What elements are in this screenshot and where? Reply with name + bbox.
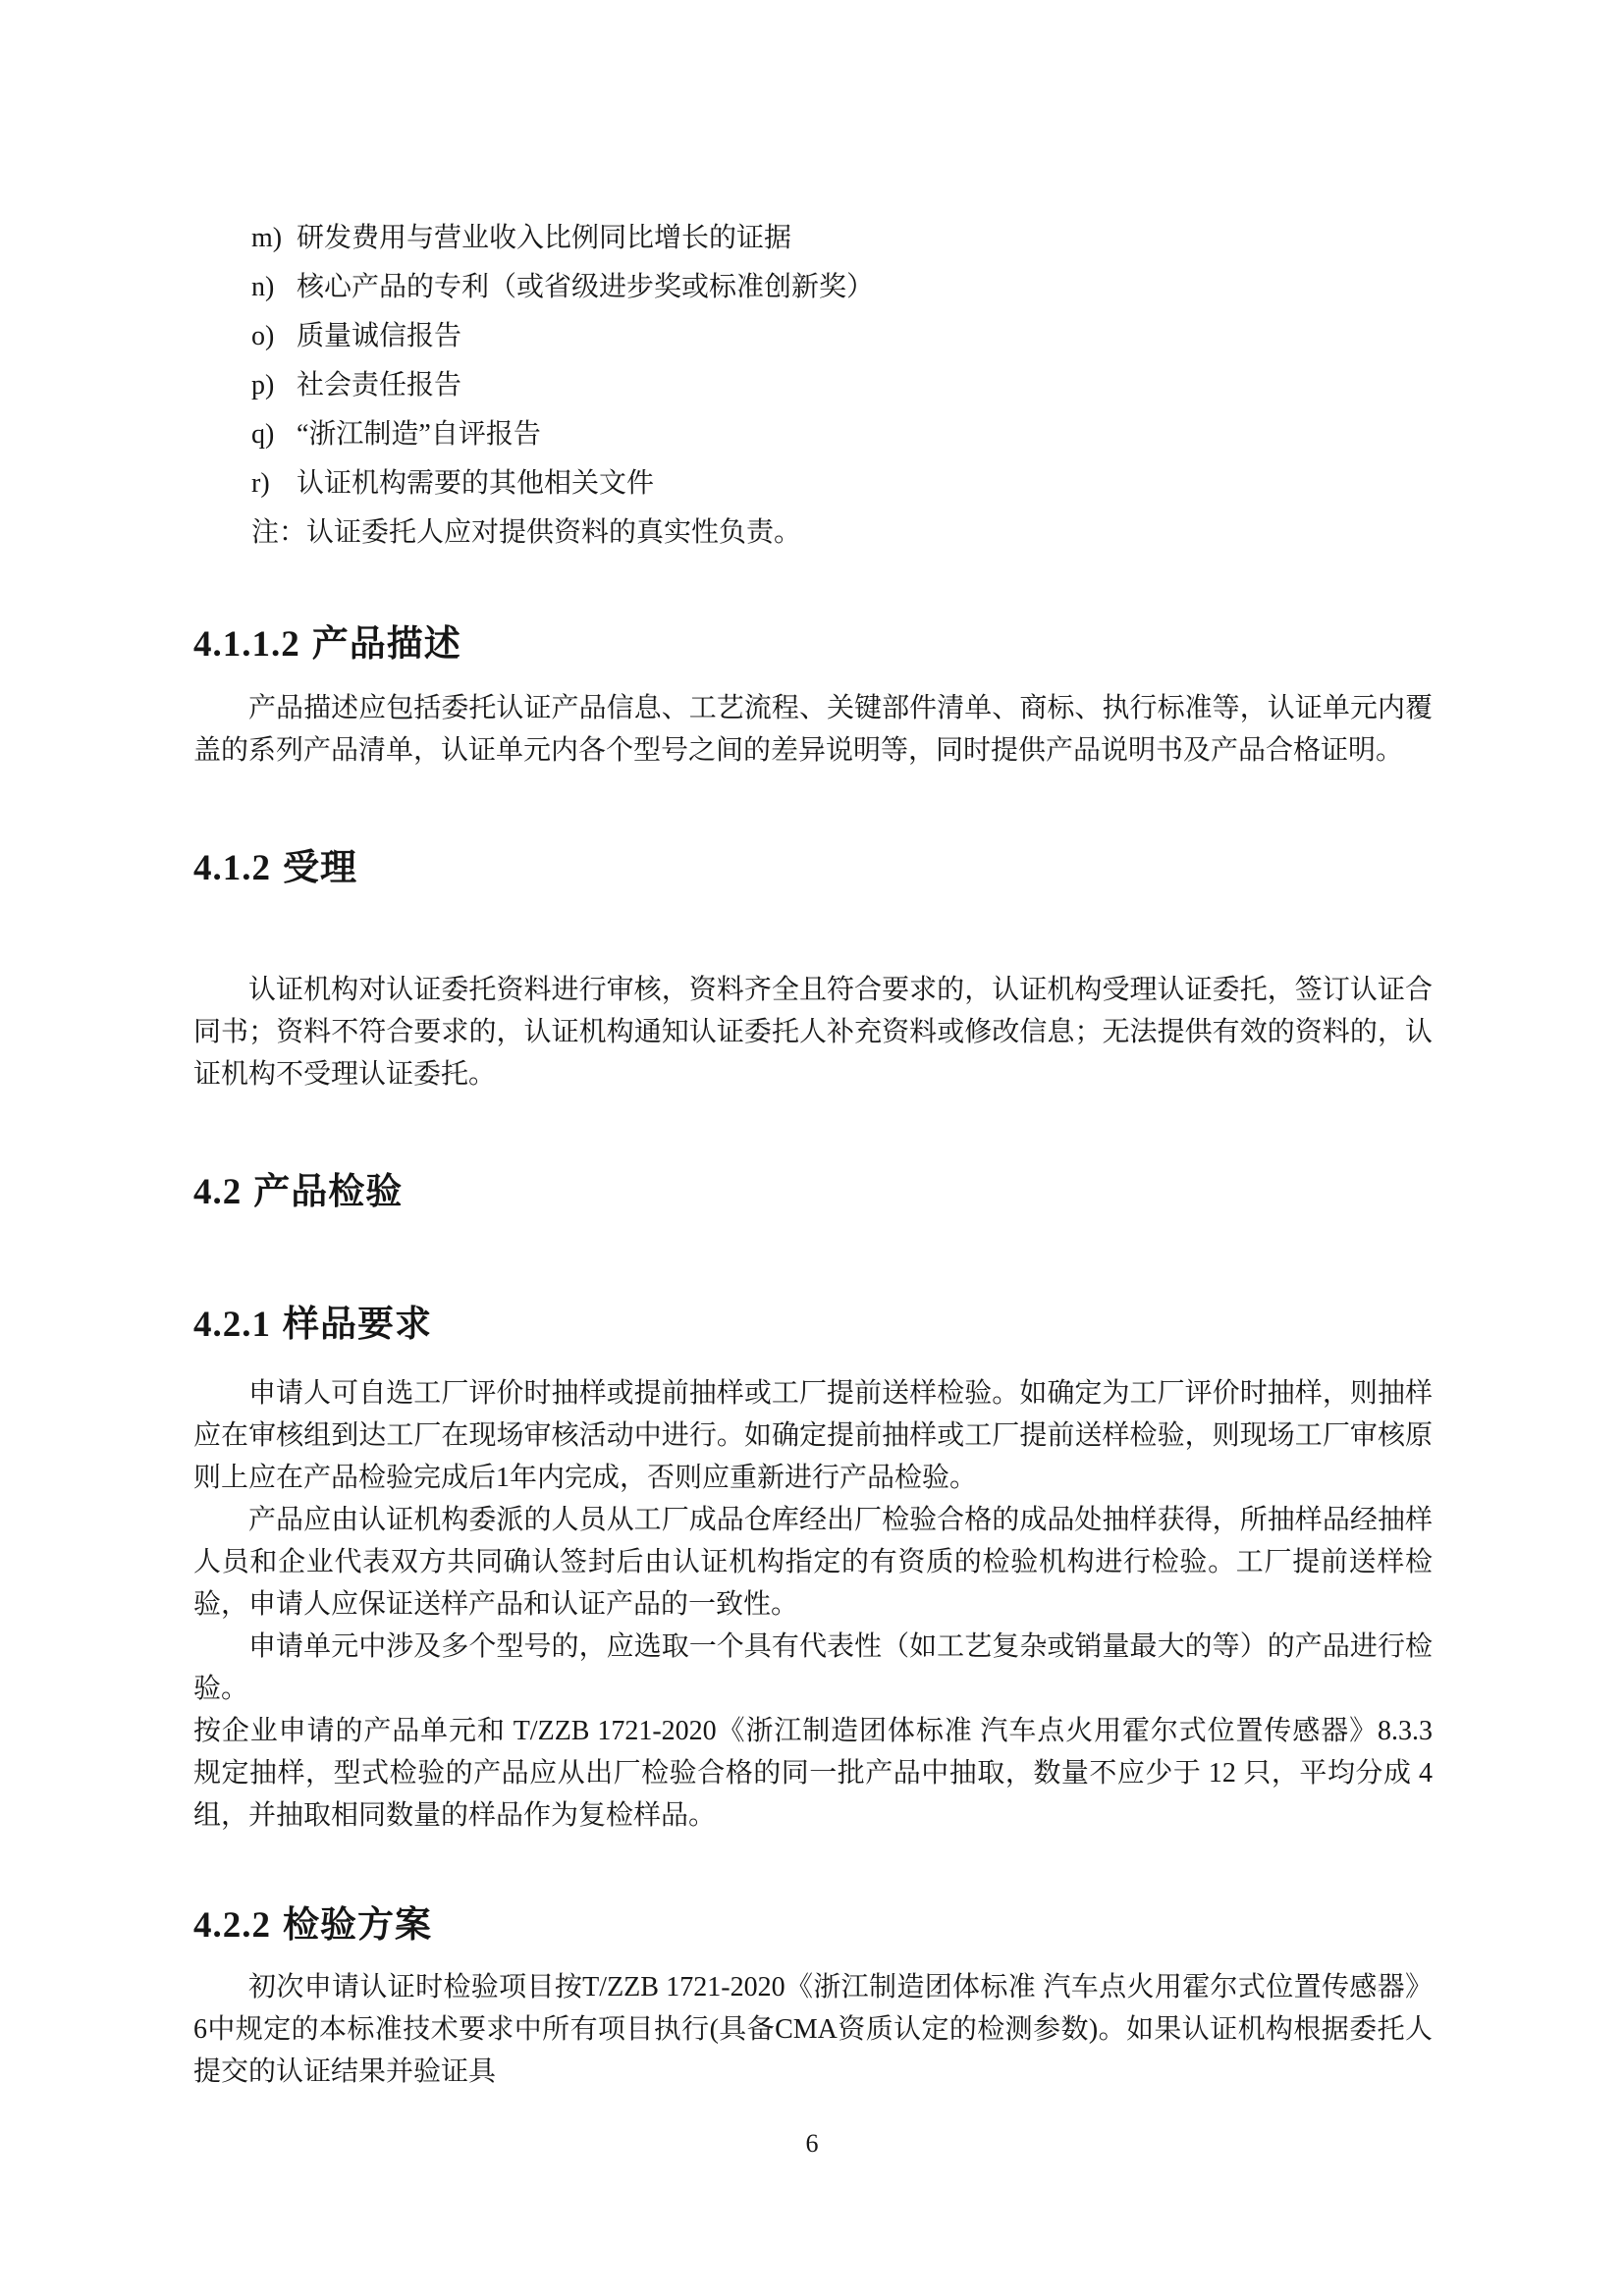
section-number: 4.2 — [193, 1172, 242, 1212]
paragraph: 认证机构对认证委托资料进行审核，资料齐全且符合要求的，认证机构受理认证委托，签订… — [193, 969, 1433, 1095]
list-item: p)社会责任报告 — [193, 361, 1433, 410]
list-item-marker: p) — [251, 361, 297, 410]
list-item-marker: q) — [251, 410, 297, 459]
list-item: r)认证机构需要的其他相关文件 — [193, 459, 1433, 508]
section-heading-4-2: 4.2产品检验 — [193, 1171, 1433, 1214]
section-number: 4.2.2 — [193, 1905, 271, 1946]
document-page: m)研发费用与营业收入比例同比增长的证据 n)核心产品的专利（或省级进步奖或标准… — [0, 0, 1624, 2296]
paragraph: 产品应由认证机构委派的人员从工厂成品仓库经出厂检验合格的成品处抽样获得，所抽样品… — [193, 1499, 1433, 1626]
paragraph: 初次申请认证时检验项目按T/ZZB 1721-2020《浙江制造团体标准 汽车点… — [193, 1966, 1433, 2093]
section-title: 受理 — [283, 848, 357, 888]
paragraph: 按企业申请的产品单元和 T/ZZB 1721-2020《浙江制造团体标准 汽车点… — [193, 1710, 1433, 1837]
list-item-marker: r) — [251, 459, 297, 508]
list-item-marker: 注： — [251, 508, 306, 558]
paragraph: 申请人可自选工厂评价时抽样或提前抽样或工厂提前送样检验。如确定为工厂评价时抽样，… — [193, 1372, 1433, 1499]
list-item-text: 认证机构需要的其他相关文件 — [297, 468, 654, 499]
section-number: 4.1.2 — [193, 848, 271, 888]
list-item-text: 社会责任报告 — [297, 370, 461, 400]
list-item: m)研发费用与营业收入比例同比增长的证据 — [193, 214, 1433, 263]
list-item: o)质量诚信报告 — [193, 312, 1433, 361]
list-item-text: 认证委托人应对提供资料的真实性负责。 — [306, 517, 801, 548]
document-list: m)研发费用与营业收入比例同比增长的证据 n)核心产品的专利（或省级进步奖或标准… — [193, 214, 1433, 558]
page-content: m)研发费用与营业收入比例同比增长的证据 n)核心产品的专利（或省级进步奖或标准… — [193, 0, 1433, 2093]
list-item: q)“浙江制造”自评报告 — [193, 410, 1433, 459]
section-heading-4-1-2: 4.1.2受理 — [193, 847, 1433, 890]
section-heading-4-2-2: 4.2.2检验方案 — [193, 1904, 1433, 1948]
section-heading-4-2-1: 4.2.1样品要求 — [193, 1304, 1433, 1347]
section-number: 4.1.1.2 — [193, 624, 300, 665]
section-title: 产品描述 — [312, 624, 461, 665]
page-number: 6 — [0, 2122, 1624, 2164]
list-item-marker: m) — [251, 214, 297, 263]
paragraph: 申请单元中涉及多个型号的，应选取一个具有代表性（如工艺复杂或销量最大的等）的产品… — [193, 1626, 1433, 1710]
paragraph: 产品描述应包括委托认证产品信息、工艺流程、关键部件清单、商标、执行标准等，认证单… — [193, 687, 1433, 772]
section-title: 检验方案 — [283, 1905, 432, 1946]
list-item-text: 质量诚信报告 — [297, 321, 461, 351]
list-item-text: 核心产品的专利（或省级进步奖或标准创新奖） — [297, 272, 874, 302]
list-item-note: 注：认证委托人应对提供资料的真实性负责。 — [193, 508, 1433, 558]
list-item-marker: o) — [251, 312, 297, 361]
list-item: n)核心产品的专利（或省级进步奖或标准创新奖） — [193, 263, 1433, 312]
section-title: 样品要求 — [283, 1305, 432, 1345]
list-item-marker: n) — [251, 263, 297, 312]
list-item-text: “浙江制造”自评报告 — [297, 419, 541, 450]
section-heading-4-1-1-2: 4.1.1.2产品描述 — [193, 623, 1433, 667]
list-item-text: 研发费用与营业收入比例同比增长的证据 — [297, 223, 791, 253]
section-title: 产品检验 — [253, 1172, 403, 1212]
section-number: 4.2.1 — [193, 1305, 271, 1345]
